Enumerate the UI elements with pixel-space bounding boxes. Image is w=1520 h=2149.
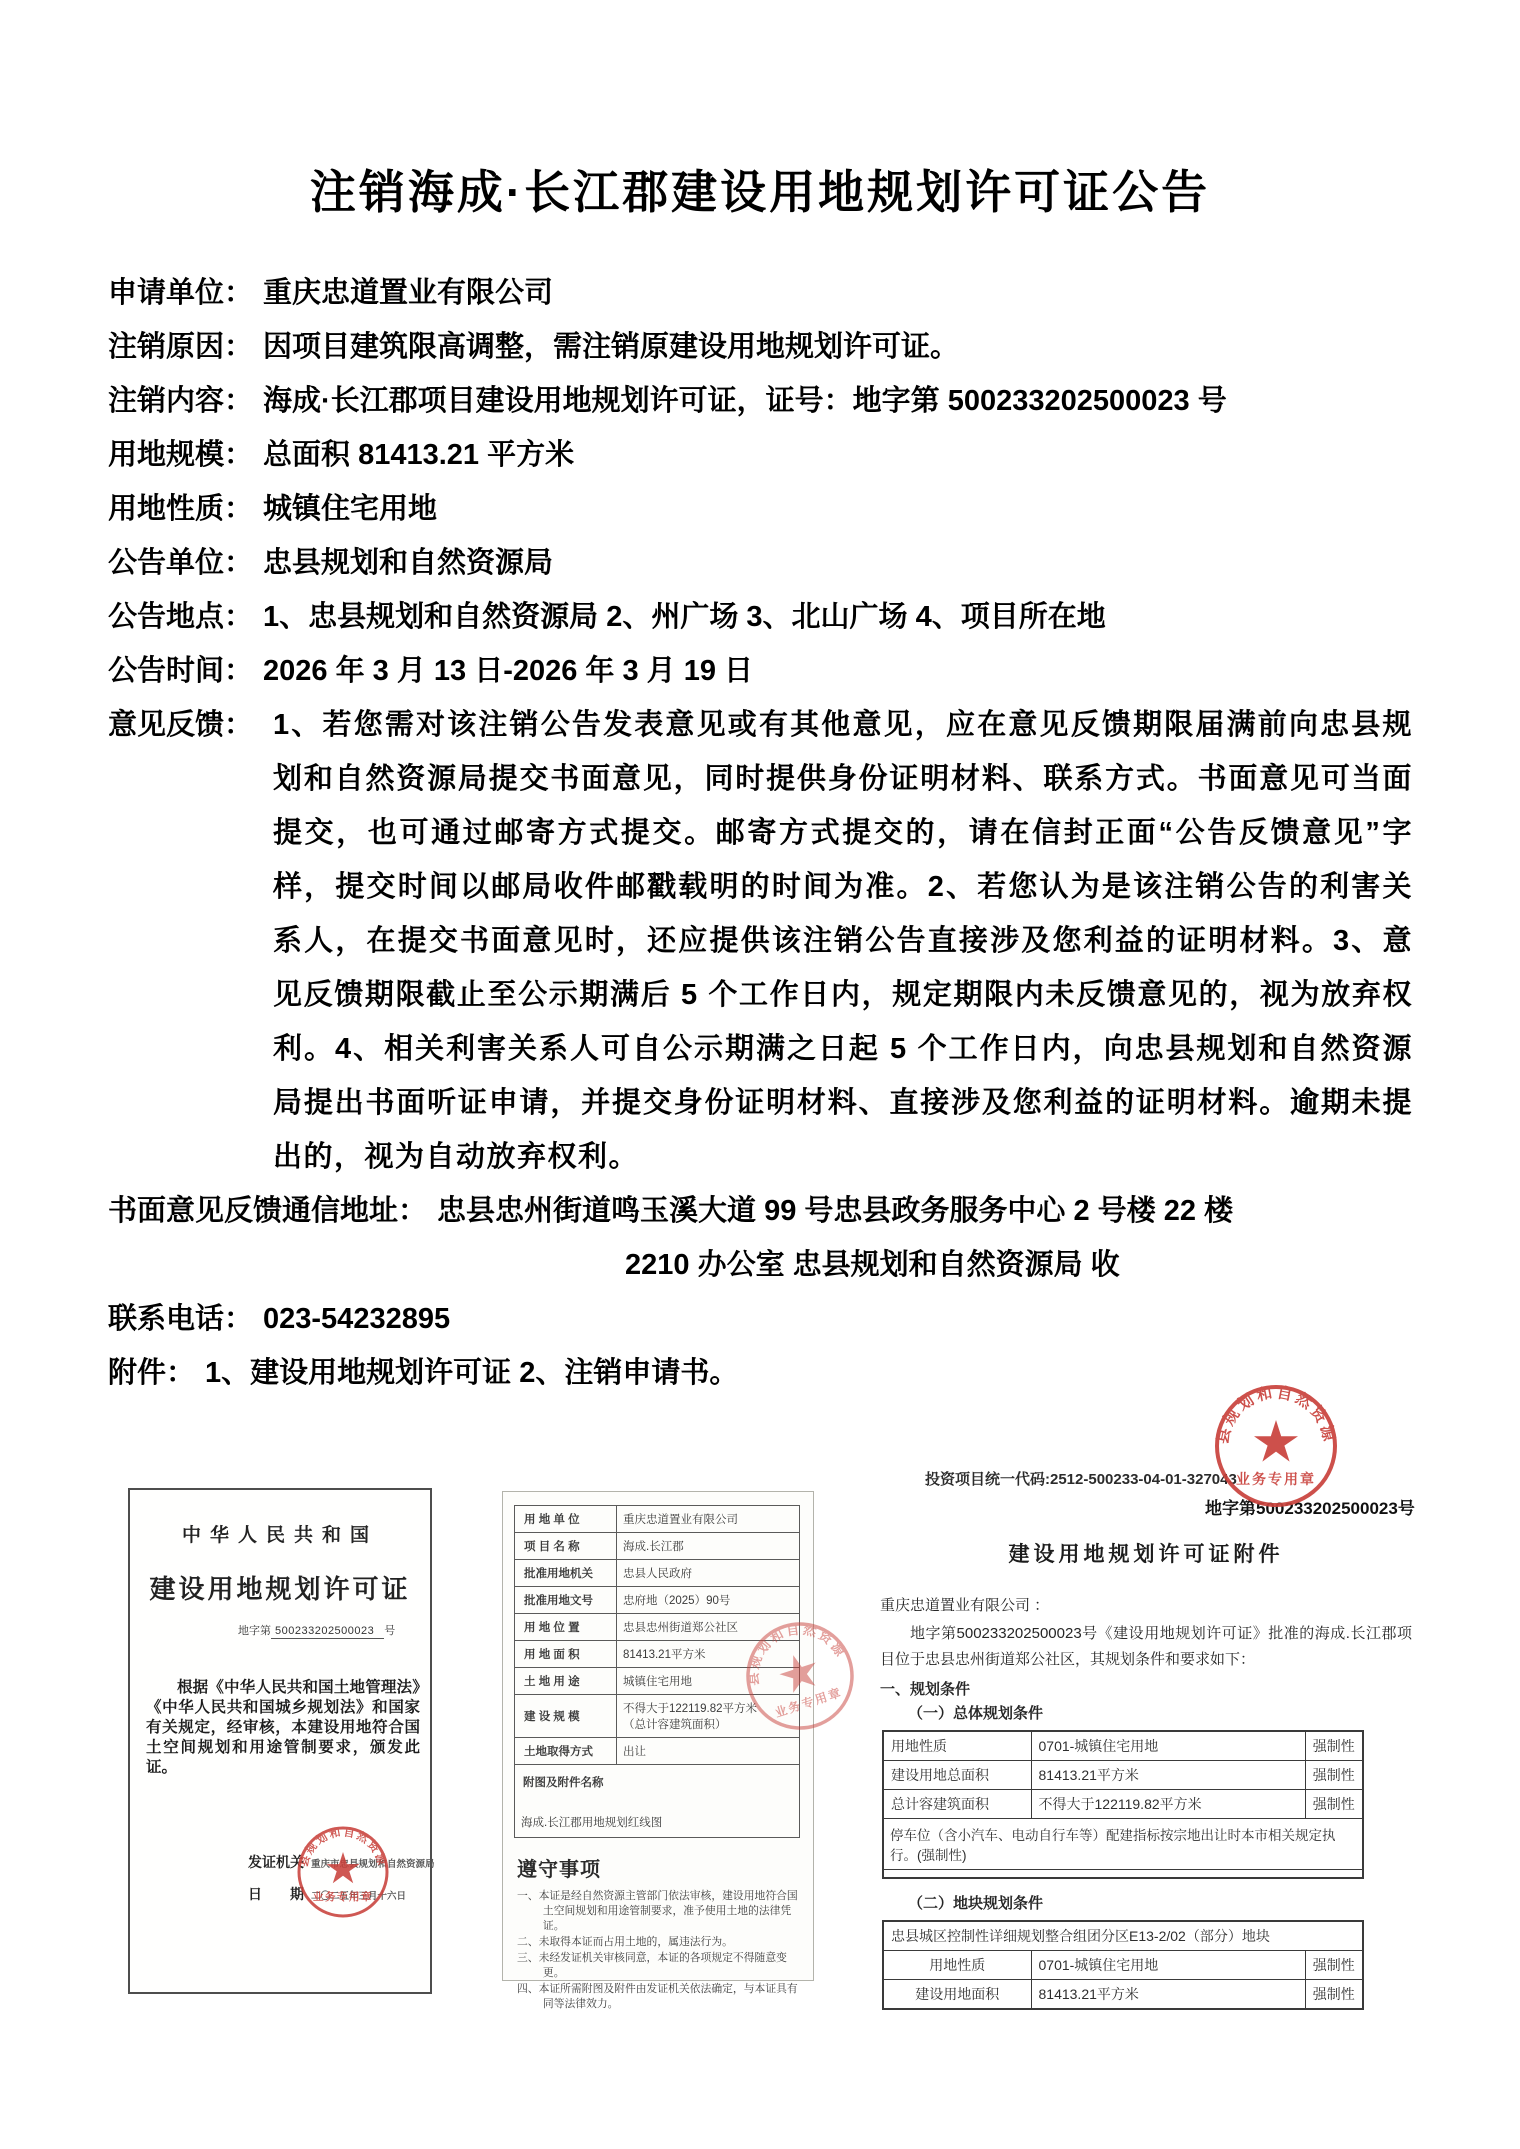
cell-value: 81413.21平方米 — [1031, 1980, 1305, 2010]
table-row: 建设用地总面积 81413.21平方米 强制性 — [883, 1761, 1363, 1790]
feedback-paragraph: 1、若您需对该注销公告发表意见或有其他意见，应在意见反馈期限届满前向忠县规划和自… — [273, 698, 1413, 1184]
cell-value: 不得大于122119.82平方米 — [1031, 1790, 1305, 1819]
field-value: 忠县忠州街道鸣玉溪大道 99 号忠县政务服务中心 2 号楼 22 楼 — [437, 1195, 1233, 1227]
compliance-list: 一、本证是经自然资源主管部门依法审核，建设用地符合国土空间规划和用途管制要求，准… — [517, 1889, 801, 2012]
field-cancel-reason: 注销原因：因项目建筑限高调整，需注销原建设用地规划许可证。 — [108, 320, 1413, 374]
field-label: 书面意见反馈通信地址： — [108, 1195, 427, 1227]
cell-label: 土地取得方式 — [515, 1738, 617, 1765]
field-mail-address: 书面意见反馈通信地址：忠县忠州街道鸣玉溪大道 99 号忠县政务服务中心 2 号楼… — [108, 1184, 1413, 1238]
field-land-use: 用地性质：城镇住宅用地 — [108, 482, 1413, 536]
annex-title: 建设用地规划许可证附件 — [880, 1538, 1412, 1568]
page-title: 注销海成·长江郡建设用地规划许可证公告 — [0, 156, 1520, 222]
overall-planning-table: 用地性质 0701-城镇住宅用地 强制性 建设用地总面积 81413.21平方米… — [882, 1730, 1364, 1879]
field-cancel-content: 注销内容：海成·长江郡项目建设用地规划许可证，证号：地字第 5002332025… — [108, 374, 1413, 428]
field-applicant: 申请单位：重庆忠道置业有限公司 — [108, 266, 1413, 320]
field-label: 用地规模： — [108, 439, 253, 471]
field-label: 意见反馈： — [108, 698, 253, 752]
field-label: 公告时间： — [108, 655, 253, 687]
official-stamp-icon: 忠县规划和自然资源局 业务专用章 — [1212, 1382, 1340, 1510]
announcement-page: 注销海成·长江郡建设用地规划许可证公告 申请单位：重庆忠道置业有限公司 注销原因… — [0, 0, 1520, 2149]
table-row: 项 目 名 称 海成.长江郡 — [515, 1533, 800, 1560]
annex-subsection-2: （二）地块规划条件 — [908, 1892, 1412, 1913]
compliance-title: 遵守事项 — [517, 1853, 813, 1882]
cell-label: 总计容建筑面积 — [883, 1790, 1031, 1819]
parking-note-cell: 停车位（含小汽车、电动自行车等）配建指标按宗地出让时本市相关规定执行。(强制性) — [883, 1819, 1363, 1870]
table-row: 批准用地文号 忠府地（2025）90号 — [515, 1587, 800, 1614]
field-value: 1、建设用地规划许可证 2、注销申请书。 — [205, 1357, 738, 1389]
cell-value: 重庆忠道置业有限公司 — [617, 1506, 800, 1533]
permit-number-prefix: 地字第 — [238, 1625, 271, 1637]
cell-value: 0701-城镇住宅用地 — [1031, 1731, 1305, 1761]
cell-flag: 强制性 — [1305, 1980, 1363, 2010]
field-label: 用地性质： — [108, 493, 253, 525]
field-notice-place: 公告地点：1、忠县规划和自然资源局 2、州广场 3、北山广场 4、项目所在地 — [108, 590, 1413, 644]
cell-value: 0701-城镇住宅用地 — [1031, 1951, 1305, 1980]
announcement-body: 申请单位：重庆忠道置业有限公司 注销原因：因项目建筑限高调整，需注销原建设用地规… — [108, 266, 1413, 1400]
table-row: 土地取得方式 出让 — [515, 1738, 800, 1765]
field-value: 总面积 81413.21 平方米 — [263, 439, 574, 471]
permit-annex-document: 建设用地规划许可证附件 重庆忠道置业有限公司 ： 地字第500233202500… — [880, 1538, 1412, 2010]
star-icon — [775, 1649, 822, 1695]
field-value: 城镇住宅用地 — [263, 493, 437, 525]
field-value: 重庆忠道置业有限公司 — [263, 277, 553, 309]
table-row: 停车位（含小汽车、电动自行车等）配建指标按宗地出让时本市相关规定执行。(强制性) — [883, 1819, 1363, 1870]
stamp-type-text: 业务专用章 — [313, 1890, 373, 1903]
permit-title: 建设用地规划许可证 — [130, 1569, 430, 1606]
attachment-cell: 附图及附件名称 海成.长江郡用地规划红线图 — [515, 1765, 800, 1838]
stamp-type-text: 业务专用章 — [1236, 1471, 1316, 1487]
star-icon — [1254, 1420, 1298, 1462]
field-label: 联系电话： — [108, 1303, 253, 1335]
investment-project-code: 投资项目统一代码:2512-500233-04-01-327043 — [925, 1468, 1237, 1489]
table-row: 忠县城区控制性详细规划整合组团分区E13-2/02（部分）地块 — [883, 1921, 1363, 1951]
cell-label: 用地性质 — [883, 1951, 1031, 1980]
compliance-item: 二、未取得本证而占用土地的，属违法行为。 — [517, 1935, 801, 1950]
field-label: 注销内容： — [108, 385, 253, 417]
cell-label: 用 地 面 积 — [515, 1641, 617, 1668]
table-row: 批准用地机关 忠县人民政府 — [515, 1560, 800, 1587]
phone-number: 023-54232895 — [263, 1303, 450, 1335]
permit-number-line: 地字第500233202500023号 — [238, 1622, 430, 1638]
attachment-value: 海成.长江郡用地规划红线图 — [521, 1814, 793, 1830]
field-value: 1、忠县规划和自然资源局 2、州广场 3、北山广场 4、项目所在地 — [263, 601, 1106, 633]
compliance-item: 一、本证是经自然资源主管部门依法审核，建设用地符合国土空间规划和用途管制要求，准… — [517, 1889, 801, 1934]
permit-country: 中华人民共和国 — [130, 1520, 430, 1547]
table-row: 总计容建筑面积 不得大于122119.82平方米 强制性 — [883, 1790, 1363, 1819]
field-mail-address-line2: 2210 办公室 忠县规划和自然资源局 收 — [625, 1238, 1413, 1292]
field-land-scale: 用地规模：总面积 81413.21 平方米 — [108, 428, 1413, 482]
annex-addressee: 重庆忠道置业有限公司 ： — [880, 1594, 1412, 1615]
cell-value: 忠县人民政府 — [617, 1560, 800, 1587]
field-phone: 联系电话：023-54232895 — [108, 1292, 1413, 1346]
compliance-item: 三、未经发证机关审核同意，本证的各项规定不得随意变更。 — [517, 1951, 801, 1981]
table-row: 用地性质 0701-城镇住宅用地 强制性 — [883, 1951, 1363, 1980]
annex-subsection-1: （一）总体规划条件 — [908, 1702, 1412, 1723]
cell-flag: 强制性 — [1305, 1731, 1363, 1761]
cell-label: 用 地 位 置 — [515, 1614, 617, 1641]
cell-label: 用 地 单 位 — [515, 1506, 617, 1533]
table-row: 附图及附件名称 海成.长江郡用地规划红线图 — [515, 1765, 800, 1838]
cell-label: 土 地 用 途 — [515, 1668, 617, 1695]
cell-label: 建设用地总面积 — [883, 1761, 1031, 1790]
annex-intro: 地字第500233202500023号《建设用地规划许可证》批准的海成.长江郡项… — [880, 1621, 1412, 1673]
permit-body-text: 根据《中华人民共和国土地管理法》《中华人民共和国城乡规划法》和国家有关规定，经审… — [146, 1678, 420, 1778]
field-notice-time: 公告时间：2026 年 3 月 13 日-2026 年 3 月 19 日 — [108, 644, 1413, 698]
compliance-item: 四、本证所需附图及附件由发证机关依法确定，与本证具有同等法律效力。 — [517, 1982, 801, 2012]
attachment-label: 附图及附件名称 — [521, 1772, 793, 1814]
cell-label: 项 目 名 称 — [515, 1533, 617, 1560]
table-row: 建设用地面积 81413.21平方米 强制性 — [883, 1980, 1363, 2010]
field-label: 申请单位： — [108, 277, 253, 309]
plot-planning-table: 忠县城区控制性详细规划整合组团分区E13-2/02（部分）地块 用地性质 070… — [882, 1920, 1364, 2010]
field-label: 公告单位： — [108, 547, 253, 579]
table-row: 用地性质 0701-城镇住宅用地 强制性 — [883, 1731, 1363, 1761]
cell-flag: 强制性 — [1305, 1761, 1363, 1790]
field-value: 忠县规划和自然资源局 — [263, 547, 553, 579]
cell-value: 81413.21平方米 — [1031, 1761, 1305, 1790]
table-row — [883, 1870, 1363, 1879]
permit-number: 500233202500023 — [271, 1625, 384, 1639]
field-label: 公告地点： — [108, 601, 253, 633]
cell-value: 海成.长江郡 — [617, 1533, 800, 1560]
cell-label: 建设用地面积 — [883, 1980, 1031, 2010]
field-feedback: 意见反馈： 1、若您需对该注销公告发表意见或有其他意见，应在意见反馈期限届满前向… — [108, 698, 1413, 1184]
star-icon — [327, 1852, 360, 1883]
field-notice-unit: 公告单位：忠县规划和自然资源局 — [108, 536, 1413, 590]
cell-label: 用地性质 — [883, 1731, 1031, 1761]
table-row: 用 地 单 位 重庆忠道置业有限公司 — [515, 1506, 800, 1533]
cell-label: 批准用地文号 — [515, 1587, 617, 1614]
permit-number-suffix: 号 — [384, 1625, 395, 1637]
cell-label: 建 设 规 模 — [515, 1695, 617, 1738]
cell-flag: 强制性 — [1305, 1951, 1363, 1980]
field-label: 附件： — [108, 1357, 195, 1389]
field-value: 海成·长江郡项目建设用地规划许可证，证号：地字第 500233202500023… — [263, 385, 1227, 417]
plot-header-cell: 忠县城区控制性详细规划整合组团分区E13-2/02（部分）地块 — [883, 1921, 1363, 1951]
annex-section-1: 一、规划条件 — [880, 1678, 1412, 1699]
cell-value: 忠府地（2025）90号 — [617, 1587, 800, 1614]
cell-label: 批准用地机关 — [515, 1560, 617, 1587]
empty-cell — [883, 1870, 1363, 1879]
permit-stamp-icon: 忠县规划和自然资源局 业务专用章 — [295, 1824, 391, 1920]
field-value: 2026 年 3 月 13 日-2026 年 3 月 19 日 — [263, 655, 753, 687]
field-value: 因项目建筑限高调整，需注销原建设用地规划许可证。 — [263, 331, 959, 363]
field-label: 注销原因： — [108, 331, 253, 363]
cell-flag: 强制性 — [1305, 1790, 1363, 1819]
